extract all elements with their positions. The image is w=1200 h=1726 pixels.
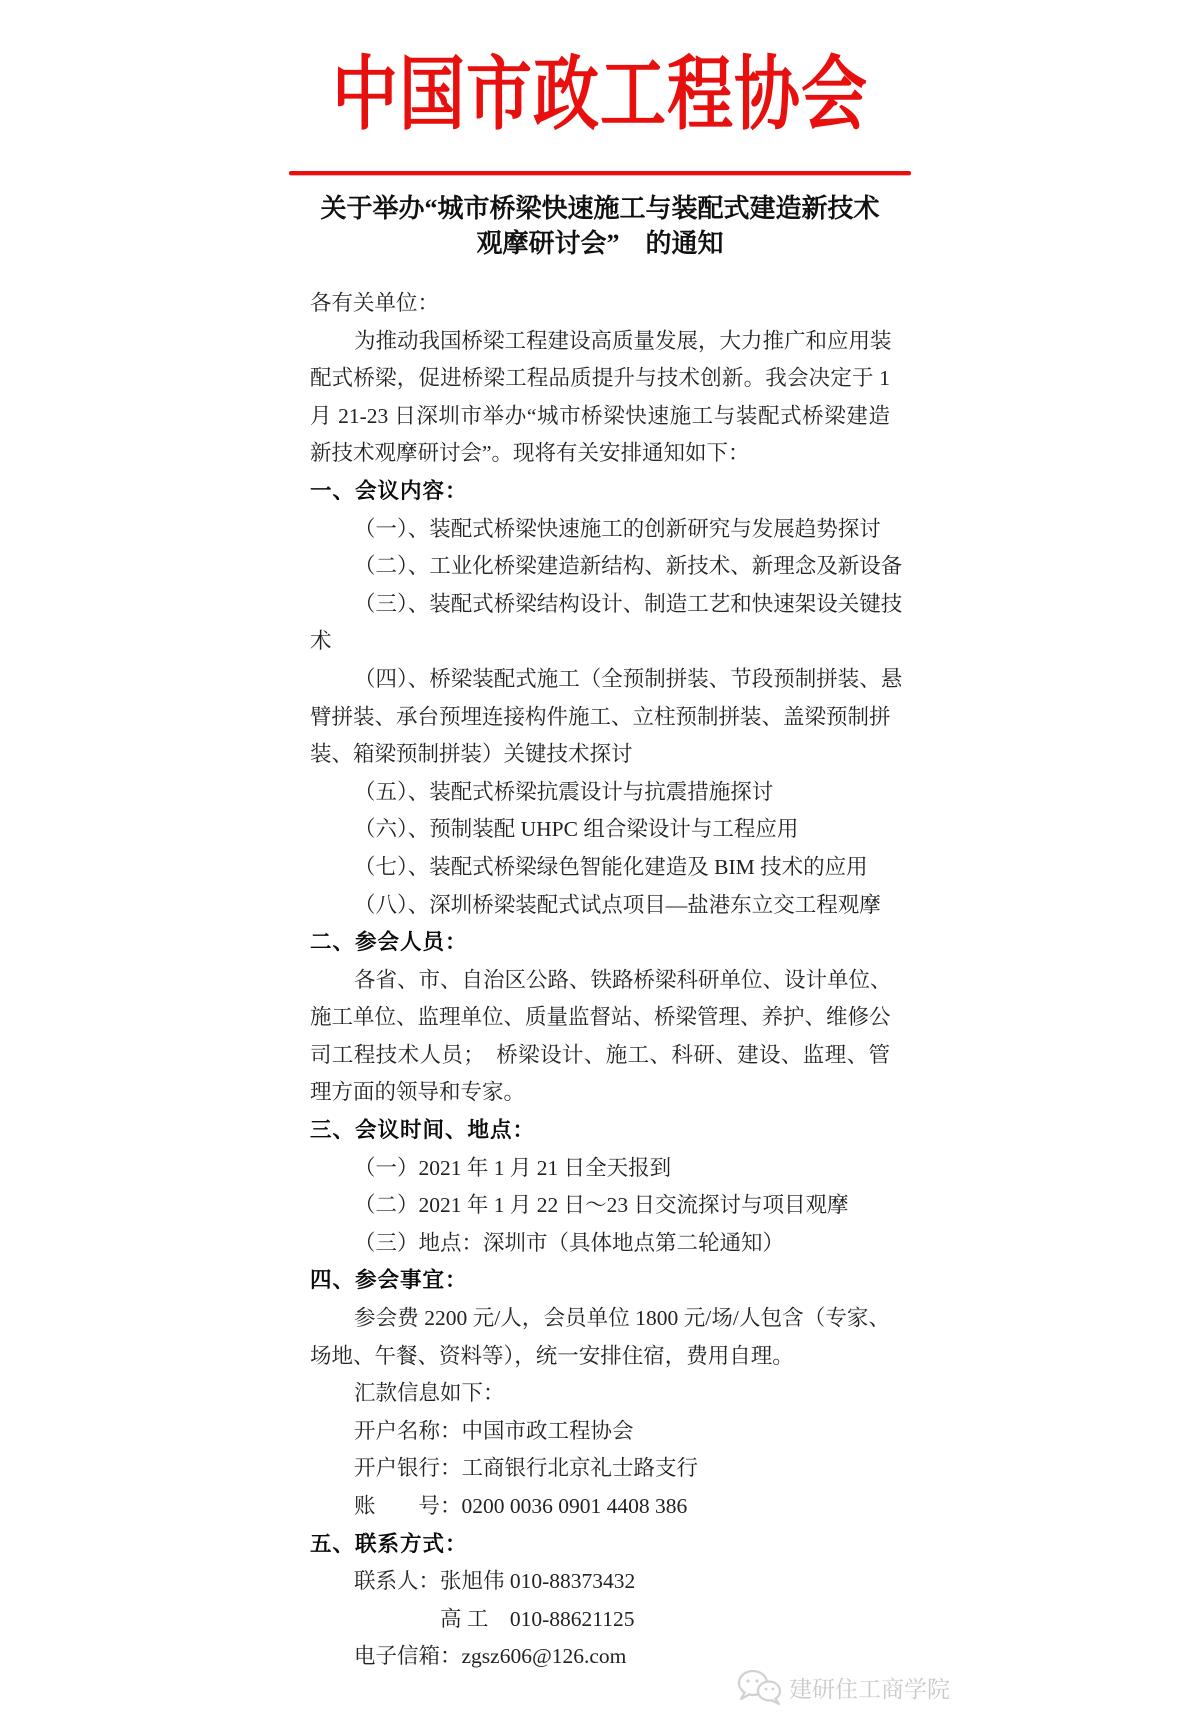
wechat-icon: [736, 1668, 782, 1710]
list-item: （三）地点：深圳市（具体地点第二轮通知）: [310, 1225, 890, 1263]
list-item: （七）、装配式桥梁绿色智能化建造及 BIM 技术的应用: [310, 849, 890, 887]
bank-branch: 开户银行：工商银行北京礼士路支行: [310, 1450, 890, 1488]
bank-account-number: 账 号：0200 0036 0901 4408 386: [310, 1488, 890, 1526]
notice-title-line2: 观摩研讨会” 的通知: [280, 226, 920, 261]
doc-line: 司工程技术人员； 桥梁设计、施工、科研、建设、监理、管: [310, 1037, 890, 1075]
doc-line: 场地、午餐、资料等），统一安排住宿，费用自理。: [310, 1338, 890, 1376]
section-heading: 二、参会人员：: [310, 924, 890, 962]
doc-line: 汇款信息如下：: [310, 1375, 890, 1413]
notice-title: 关于举办“城市桥梁快速施工与装配式建造新技术 观摩研讨会” 的通知: [280, 191, 920, 261]
section-heading: 一、会议内容：: [310, 473, 890, 511]
notice-title-line1: 关于举办“城市桥梁快速施工与装配式建造新技术: [280, 191, 920, 226]
doc-line: 参会费 2200 元/人，会员单位 1800 元/场/人包含（专家、: [310, 1300, 890, 1338]
list-item: （四）、桥梁装配式施工（全预制拼装、节段预制拼装、悬: [310, 661, 890, 699]
notice-body: 各有关单位： 为推动我国桥梁工程建设高质量发展，大力推广和应用装 配式桥梁，促进…: [310, 285, 890, 1676]
doc-line: 装、箱梁预制拼装）关键技术探讨: [310, 736, 890, 774]
list-item: （三）、装配式桥梁结构设计、制造工艺和快速架设关键技: [310, 586, 890, 624]
list-item: （一）2021 年 1 月 21 日全天报到: [310, 1150, 890, 1188]
doc-line: 理方面的领导和专家。: [310, 1074, 890, 1112]
doc-line: 臂拼装、承台预埋连接构件施工、立柱预制拼装、盖梁预制拼: [310, 699, 890, 737]
doc-line: 术: [310, 623, 890, 661]
watermark-label: 建研住工商学院: [789, 1678, 950, 1701]
salutation: 各有关单位：: [310, 285, 890, 323]
org-title: 中国市政工程协会: [0, 0, 1200, 137]
list-item: （六）、预制装配 UHPC 组合梁设计与工程应用: [310, 811, 890, 849]
document-page: 中国市政工程协会 关于举办“城市桥梁快速施工与装配式建造新技术 观摩研讨会” 的…: [0, 0, 1200, 1726]
contact-person: 联系人：张旭伟 010-88373432: [310, 1563, 890, 1601]
red-divider-line: [289, 171, 911, 175]
contact-phone: 高 工 010-88621125: [310, 1601, 890, 1639]
list-item: （一）、装配式桥梁快速施工的创新研究与发展趋势探讨: [310, 511, 890, 549]
list-item: （二）2021 年 1 月 22 日～23 日交流探讨与项目观摩: [310, 1187, 890, 1225]
doc-line: 施工单位、监理单位、质量监督站、桥梁管理、养护、维修公: [310, 999, 890, 1037]
section-heading: 五、联系方式：: [310, 1526, 890, 1564]
section-heading: 三、会议时间、地点：: [310, 1112, 890, 1150]
list-item: （五）、装配式桥梁抗震设计与抗震措施探讨: [310, 774, 890, 812]
section-heading: 四、参会事宜：: [310, 1262, 890, 1300]
watermark: 建研住工商学院: [736, 1668, 950, 1710]
doc-line: 为推动我国桥梁工程建设高质量发展，大力推广和应用装: [310, 323, 890, 361]
doc-line: 配式桥梁，促进桥梁工程品质提升与技术创新。我会决定于 1: [310, 360, 890, 398]
list-item: （二）、工业化桥梁建造新结构、新技术、新理念及新设备: [310, 548, 890, 586]
list-item: （八）、深圳桥梁装配式试点项目—盐港东立交工程观摩: [310, 887, 890, 925]
doc-line: 月 21-23 日深圳市举办“城市桥梁快速施工与装配式桥梁建造: [310, 398, 890, 436]
doc-line: 新技术观摩研讨会”。现将有关安排通知如下：: [310, 435, 890, 473]
bank-account-name: 开户名称：中国市政工程协会: [310, 1413, 890, 1451]
doc-line: 各省、市、自治区公路、铁路桥梁科研单位、设计单位、: [310, 962, 890, 1000]
